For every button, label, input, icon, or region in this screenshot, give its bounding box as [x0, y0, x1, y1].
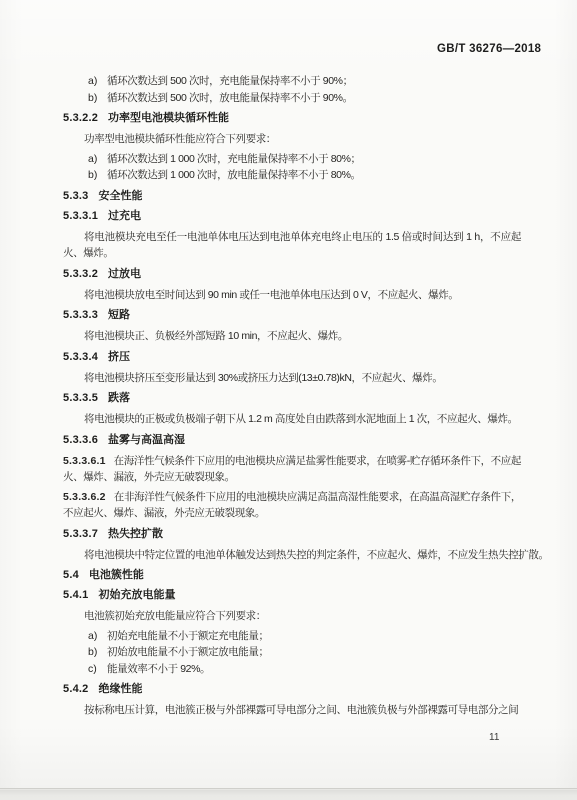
body-paragraph: 将电池模块挤压至变形量达到 30%或挤压力达到(13±0.78)kN，不应起火、…: [63, 370, 521, 387]
list-text: 初始放电能量不小于额定放电能量；: [107, 646, 269, 658]
heading-5-3-3-4: 5.3.3.4挤压: [63, 350, 521, 365]
heading-title: 安全性能: [98, 190, 142, 202]
heading-title: 过放电: [108, 268, 141, 280]
heading-title: 电池簇性能: [89, 569, 144, 581]
body-paragraph: 将电池模块充电至任一电池单体电压达到电池单体充电终止电压的 1.5 倍或时间达到…: [63, 229, 521, 262]
list-text: 循环次数达到 1 000 次时，放电能量保持率不小于 80%。: [107, 169, 361, 181]
list-text: 循环次数达到 500 次时，充电能量保持率不小于 90%；: [107, 75, 353, 87]
list-item: b)初始放电能量不小于额定放电能量；: [63, 644, 521, 661]
heading-number: 5.4.2: [63, 683, 88, 695]
heading-5-3-3-7: 5.3.3.7热失控扩散: [63, 527, 521, 542]
heading-title: 过充电: [108, 210, 141, 222]
list-text: 循环次数达到 500 次时，放电能量保持率不小于 90%。: [107, 92, 353, 104]
body-paragraph: 功率型电池模块循环性能应符合下列要求：: [63, 131, 521, 148]
list-marker: c): [88, 661, 107, 678]
heading-number: 5.3.3.1: [63, 210, 98, 222]
body-paragraph: 电池簇初始充放电能量应符合下列要求：: [63, 608, 521, 625]
list-item: a)初始充电能量不小于额定充电能量；: [63, 628, 521, 645]
heading-5-3-3: 5.3.3安全性能: [63, 189, 521, 204]
body-paragraph: 将电池模块放电至时间达到 90 min 或任一电池单体电压达到 0 V，不应起火…: [63, 287, 521, 304]
heading-title: 短路: [108, 309, 130, 321]
heading-5-4-2: 5.4.2绝缘性能: [63, 682, 521, 697]
standard-number: GB/T 36276—2018: [437, 43, 541, 55]
heading-number: 5.3.3.5: [63, 392, 98, 404]
body-paragraph: 将电池模块的正极或负极端子朝下从 1.2 m 高度处自由跌落到水泥地面上 1 次…: [63, 411, 521, 428]
heading-title: 热失控扩散: [108, 528, 163, 540]
clause-text: 在非海洋性气候条件下应用的电池模块应满足高温高湿性能要求，在高温高湿贮存条件下，…: [63, 491, 521, 520]
heading-5-3-3-3: 5.3.3.3短路: [63, 308, 521, 323]
list-marker: a): [88, 73, 107, 90]
heading-number: 5.3.3.2: [63, 268, 98, 280]
list-marker: b): [88, 90, 107, 107]
list-marker: a): [88, 628, 107, 645]
list-text: 初始充电能量不小于额定充电能量；: [107, 630, 269, 642]
heading-title: 跌落: [108, 392, 130, 404]
heading-number: 5.3.3.3: [63, 309, 98, 321]
heading-5-4: 5.4电池簇性能: [63, 568, 521, 583]
heading-title: 挤压: [108, 351, 130, 363]
heading-number: 5.3.2.2: [63, 112, 98, 124]
heading-title: 功率型电池模块循环性能: [108, 112, 229, 124]
clause-number: 5.3.3.6.1: [63, 455, 106, 467]
heading-title: 盐雾与高温高湿: [108, 434, 185, 446]
body-paragraph: 将电池模块正、负极经外部短路 10 min，不应起火、爆炸。: [63, 328, 521, 345]
heading-number: 5.3.3.6: [63, 434, 98, 446]
list-item: a)循环次数达到 500 次时，充电能量保持率不小于 90%；: [63, 73, 521, 90]
heading-title: 初始充放电能量: [98, 589, 175, 601]
heading-5-4-1: 5.4.1初始充放电能量: [63, 588, 521, 603]
page-content: a)循环次数达到 500 次时，充电能量保持率不小于 90%； b)循环次数达到…: [63, 73, 521, 722]
body-paragraph: 将电池模块中特定位置的电池单体触发达到热失控的判定条件，不应起火、爆炸，不应发生…: [63, 547, 521, 564]
scan-bottom-edge: [0, 790, 577, 800]
list-item: b)循环次数达到 1 000 次时，放电能量保持率不小于 80%。: [63, 167, 521, 184]
heading-number: 5.3.3: [63, 190, 88, 202]
list-text: 循环次数达到 1 000 次时，充电能量保持率不小于 80%；: [107, 153, 361, 165]
heading-number: 5.4: [63, 569, 79, 581]
list-item: a)循环次数达到 1 000 次时，充电能量保持率不小于 80%；: [63, 151, 521, 168]
heading-5-3-3-5: 5.3.3.5跌落: [63, 391, 521, 406]
heading-5-3-3-1: 5.3.3.1过充电: [63, 209, 521, 224]
heading-5-3-3-2: 5.3.3.2过放电: [63, 267, 521, 282]
clause-text: 在海洋性气候条件下应用的电池模块应满足盐雾性能要求，在喷雾-贮存循环条件下，不应…: [63, 455, 521, 484]
heading-number: 5.3.3.7: [63, 528, 98, 540]
heading-5-3-3-6: 5.3.3.6盐雾与高温高湿: [63, 433, 521, 448]
list-marker: a): [88, 151, 107, 168]
list-item: b)循环次数达到 500 次时，放电能量保持率不小于 90%。: [63, 90, 521, 107]
list-marker: b): [88, 644, 107, 661]
heading-number: 5.3.3.4: [63, 351, 98, 363]
list-marker: b): [88, 167, 107, 184]
heading-number: 5.4.1: [63, 589, 88, 601]
body-paragraph: 按标称电压计算，电池簇正极与外部裸露可导电部分之间、电池簇负极与外部裸露可导电部…: [63, 702, 521, 719]
clause-paragraph: 5.3.3.6.1在海洋性气候条件下应用的电池模块应满足盐雾性能要求，在喷雾-贮…: [63, 453, 521, 486]
page-number: 11: [489, 732, 499, 743]
document-page: GB/T 36276—2018 a)循环次数达到 500 次时，充电能量保持率不…: [0, 0, 577, 789]
heading-5-3-2-2: 5.3.2.2功率型电池模块循环性能: [63, 111, 521, 126]
clause-number: 5.3.3.6.2: [63, 491, 106, 503]
heading-title: 绝缘性能: [98, 683, 142, 695]
list-item: c)能量效率不小于 92%。: [63, 661, 521, 678]
list-text: 能量效率不小于 92%。: [107, 663, 210, 675]
clause-paragraph: 5.3.3.6.2在非海洋性气候条件下应用的电池模块应满足高温高湿性能要求，在高…: [63, 489, 521, 522]
